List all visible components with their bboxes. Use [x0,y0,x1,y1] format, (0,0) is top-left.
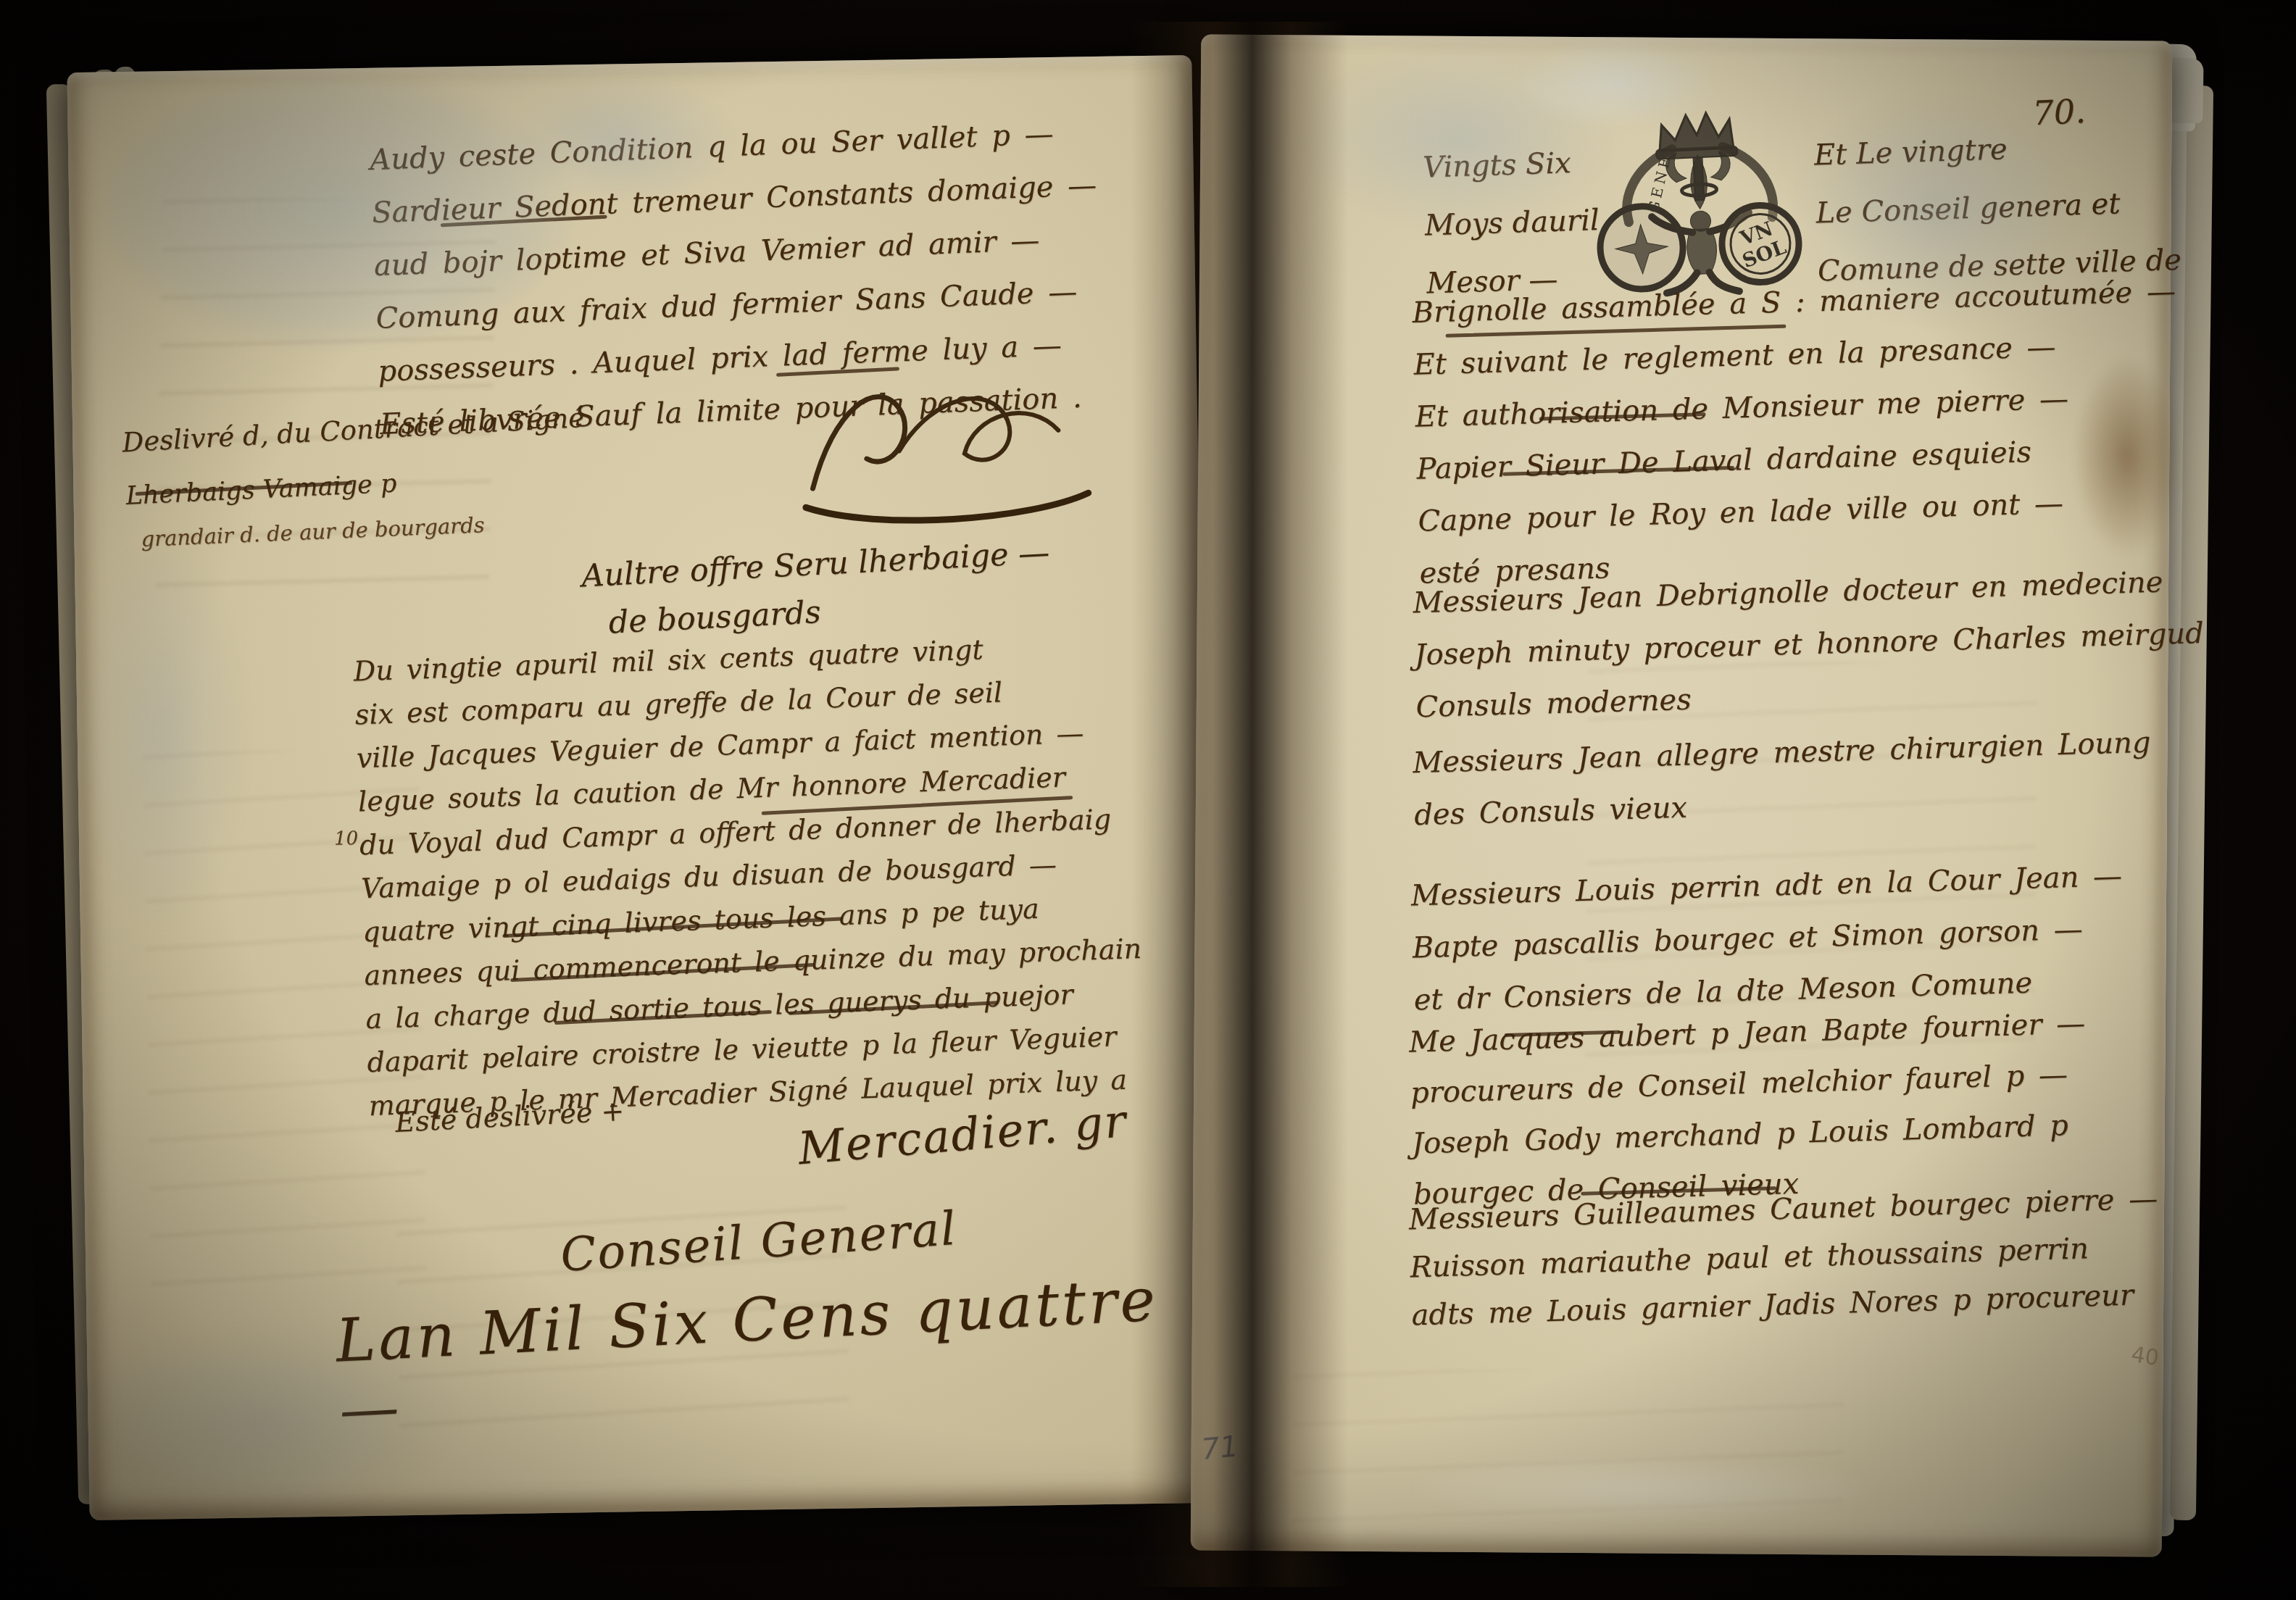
left-manuscript-page: Audy ceste Condition q la ou Ser vallet … [67,55,1214,1520]
margin-note-line-3: grandair d. de aur de bourgards [141,512,485,551]
pencil-folio-number: 71 [1200,1430,1240,1467]
margin-note-line-1: Deslivré d, du Contract et a Signé [122,402,586,458]
right-paragraph-3: Messieurs Jean allegre mestre chirurgien… [1412,717,2152,841]
right-manuscript-page: 70. Vingts SixEt Le vingtre Moys daurilL… [1191,34,2173,1557]
left-margin-mark: 10 [334,828,359,850]
left-paragraph-2: Du vingtie apuril mil six cents quatre v… [353,622,1147,1128]
manuscript-line: Deslivré d, du Contract et a Signé [122,402,586,458]
manuscript-line: grandair d. de aur de bourgards [141,512,485,551]
right-paragraph-1: Brignolle assamblée a S : maniere accout… [1412,265,2184,599]
pencil-edge-mark: 40 [2129,1342,2160,1371]
right-paragraph-2: Messieurs Jean Debrignolle docteur en me… [1413,555,2206,733]
right-paragraph-6: Messieurs Guilleaumes Caunet bourgec pie… [1408,1175,2161,1340]
council-heading: Conseil General [559,1202,959,1283]
ink-bleedthrough [1292,1368,1844,1531]
date-line-right: Le Conseil genera et [1815,187,2121,230]
date-line-right: Et Le vingtre [1813,133,2008,172]
manuscript-photo: Audy ceste Condition q la ou Ser vallet … [0,0,2296,1600]
year-line: Lan Mil Six Cens quattre — [334,1263,1215,1445]
notary-paraph-flourish [789,361,1104,533]
